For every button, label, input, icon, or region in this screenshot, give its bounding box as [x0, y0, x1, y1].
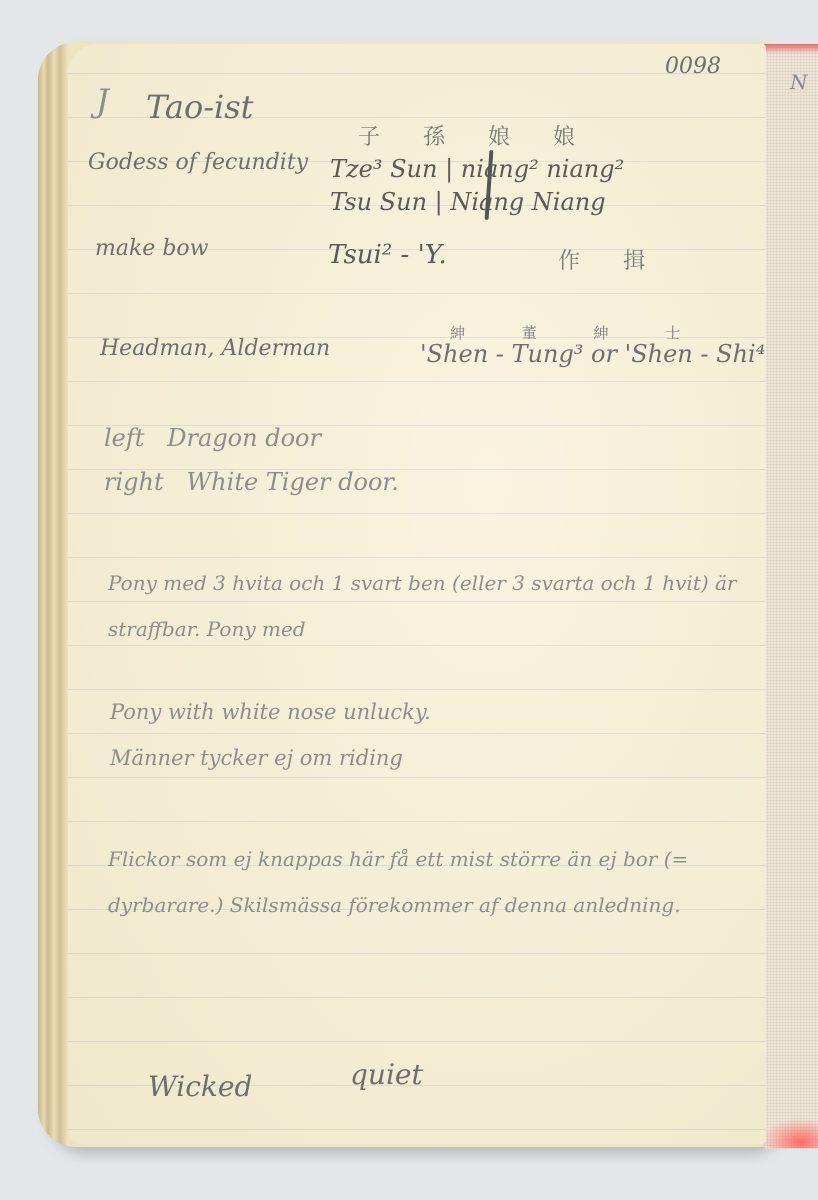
- door-side: left: [104, 424, 144, 452]
- door-side: right: [104, 468, 164, 496]
- note-line: Männer tycker ej om riding: [110, 746, 403, 770]
- entry-chinese: 作 揖: [558, 244, 663, 275]
- entry-chinese: 子 孫 娘 娘: [358, 120, 593, 151]
- cover-edge-text: N: [790, 70, 808, 94]
- footer-word: Wicked: [148, 1070, 252, 1103]
- entry-label: make bow: [95, 236, 208, 261]
- entry-romanization: Tze³ Sun | niang² niang²: [330, 155, 624, 183]
- page-number: 0098: [665, 54, 721, 79]
- entry-romanization-alt: Tsu Sun | Niang Niang: [330, 188, 606, 216]
- entry-label: Headman, Alderman: [100, 336, 330, 361]
- door-name: White Tiger door.: [187, 468, 399, 496]
- cover-red-edge-bottom: [760, 1118, 818, 1148]
- note-paragraph: Flickor som ej knappas här få ett mist s…: [108, 836, 748, 928]
- door-right: right White Tiger door.: [104, 468, 399, 496]
- cover-red-edge-top: [764, 44, 818, 54]
- door-left: left Dragon door: [104, 424, 321, 452]
- entry-label: Godess of fecundity: [88, 150, 308, 175]
- note-line: Pony with white nose unlucky.: [110, 700, 431, 724]
- margin-mark: J: [96, 82, 109, 120]
- notebook-cover: [764, 44, 818, 1149]
- page-title: Tao-ist: [146, 88, 254, 126]
- entry-romanization: Tsui² - 'Y.: [328, 240, 447, 270]
- entry-romanization: 'Shen - Tung³ or 'Shen - Shi⁴: [420, 340, 765, 368]
- note-paragraph: Pony med 3 hvita och 1 svart ben (eller …: [108, 560, 748, 652]
- footer-word: quiet: [350, 1058, 423, 1091]
- door-name: Dragon door: [167, 424, 321, 452]
